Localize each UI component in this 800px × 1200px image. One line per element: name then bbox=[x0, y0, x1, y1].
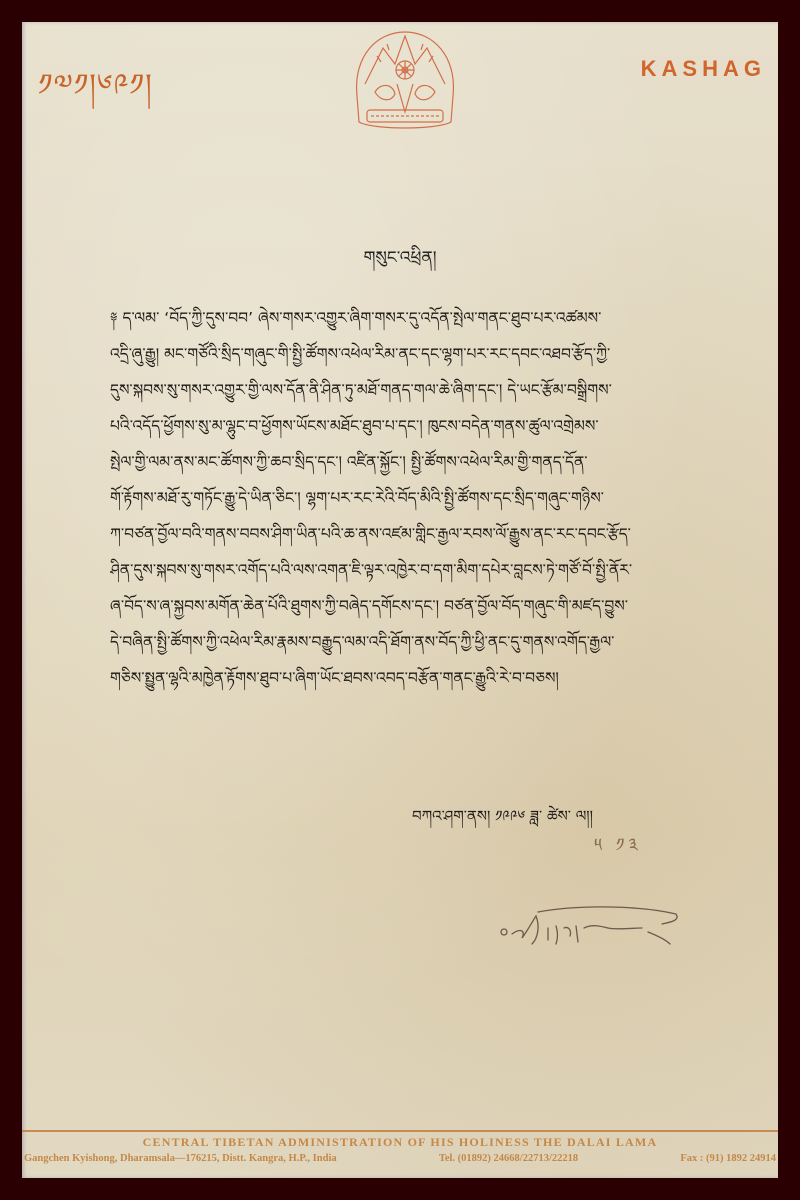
footer-organization: CENTRAL TIBETAN ADMINISTRATION OF HIS HO… bbox=[22, 1135, 778, 1150]
footer-contact: Gangchen Kyishong, Dharamsala—176215, Di… bbox=[24, 1153, 776, 1164]
footer-address: Gangchen Kyishong, Dharamsala—176215, Di… bbox=[24, 1153, 337, 1164]
footer-divider bbox=[22, 1130, 778, 1132]
letter-body: ༈ ད་ལམ་ ‘བོད་ཀྱི་དུས་བབ’ ཞེས་གསར་འགྱུར་ཞ… bbox=[110, 300, 770, 696]
document-title: གསུང་འཕྲིན། bbox=[22, 238, 778, 286]
handwritten-date-note: ༥ ༡༣ bbox=[594, 826, 642, 876]
body-line: དུས་སྐབས་སུ་གསར་འགྱུར་གྱི་ལས་དོན་ནི་ཤིན་… bbox=[110, 372, 770, 408]
letter-page: ༡༧༡།༦༩༡། KASHAG གསུང་འཕྲིན། ༈ ད་ལམ་ ‘བོད… bbox=[22, 22, 778, 1178]
body-line: ཤིན་དུས་སྐབས་སུ་གསར་འགོད་པའི་ལས་འགན་ཇི་ལ… bbox=[110, 552, 770, 588]
snow-lion-emblem-icon bbox=[347, 26, 463, 138]
body-line: གོ་རྟོགས་མཐོ་རུ་གཏོང་རྒྱུ་དེ་ཡིན་ཅིང་། ལ… bbox=[110, 480, 770, 516]
body-line: ཀ་བཙན་བྱོལ་བའི་གནས་བབས་ཤིག་ཡིན་པའི་ཆ་ནས་… bbox=[110, 516, 770, 552]
body-line: གཅིས་སྤྱུན་ལྷའི་མཁྱེན་རྟོགས་ཐུབ་པ་ཞིག་ཡོ… bbox=[110, 660, 770, 696]
reference-number: ༡༧༡།༦༩༡། bbox=[38, 52, 153, 136]
body-line: སྤེལ་གྱི་ལམ་ནས་མང་ཚོགས་ཀྱི་ཆབ་སྲིད་དང་། … bbox=[110, 444, 770, 480]
office-name: KASHAG bbox=[641, 56, 766, 82]
body-line: ཞ་བོད་ས་ཞ་སྐྱབས་མགོན་ཆེན་པོའི་ཐུགས་ཀྱི་བ… bbox=[110, 588, 770, 624]
body-line: འདྲི་ཞུ་རྒྱུ། མང་གཙོའི་སྲིད་གཞུང་གི་སྤྱི… bbox=[110, 336, 770, 372]
footer-fax: Fax : (91) 1892 24914 bbox=[680, 1153, 776, 1164]
body-line: པའི་འདོད་ཕྱོགས་སུ་མ་ལྷུང་བ་ཕྱོགས་ཡོངས་མཐ… bbox=[110, 408, 770, 444]
signature-icon bbox=[492, 892, 692, 952]
footer-telephone: Tel. (01892) 24668/22713/22218 bbox=[439, 1153, 578, 1164]
date-line: བཀའ་ཤག་ནས། ༡༩༩༦ ཟླ་ ཚེས་ ལ།། bbox=[412, 800, 593, 842]
body-line: ༈ ད་ལམ་ ‘བོད་ཀྱི་དུས་བབ’ ཞེས་གསར་འགྱུར་ཞ… bbox=[110, 300, 770, 336]
body-line: དེ་བཞིན་སྤྱི་ཚོགས་ཀྱི་འཕེལ་རིམ་རྣམས་བརྒྱ… bbox=[110, 624, 770, 660]
